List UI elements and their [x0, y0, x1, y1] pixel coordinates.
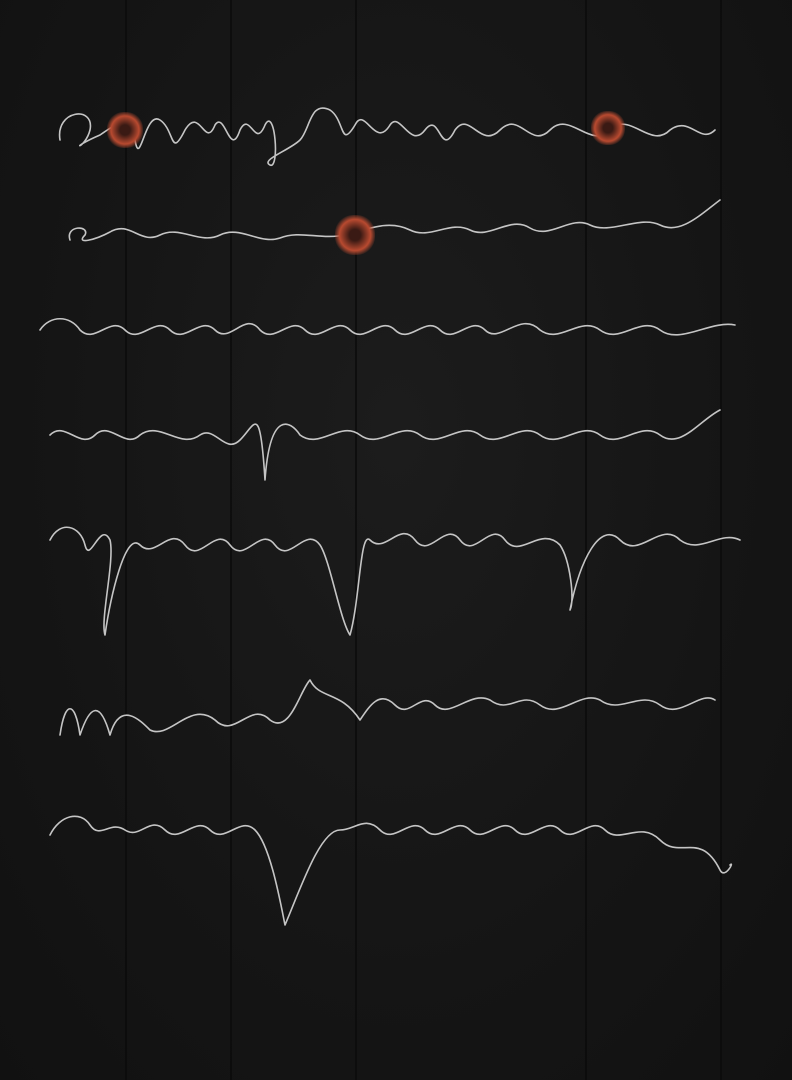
pigment-spot [591, 111, 625, 145]
script-line-5 [50, 527, 740, 635]
script-line-2 [69, 200, 720, 241]
pigment-spot [335, 215, 375, 255]
artwork-canvas [0, 0, 792, 1080]
script-line-4 [50, 410, 720, 480]
pigment-spot [107, 112, 143, 148]
script-line-3 [40, 319, 735, 335]
script-line-7 [50, 816, 731, 925]
script-line-6 [60, 680, 715, 735]
asemic-writing [0, 0, 792, 1080]
